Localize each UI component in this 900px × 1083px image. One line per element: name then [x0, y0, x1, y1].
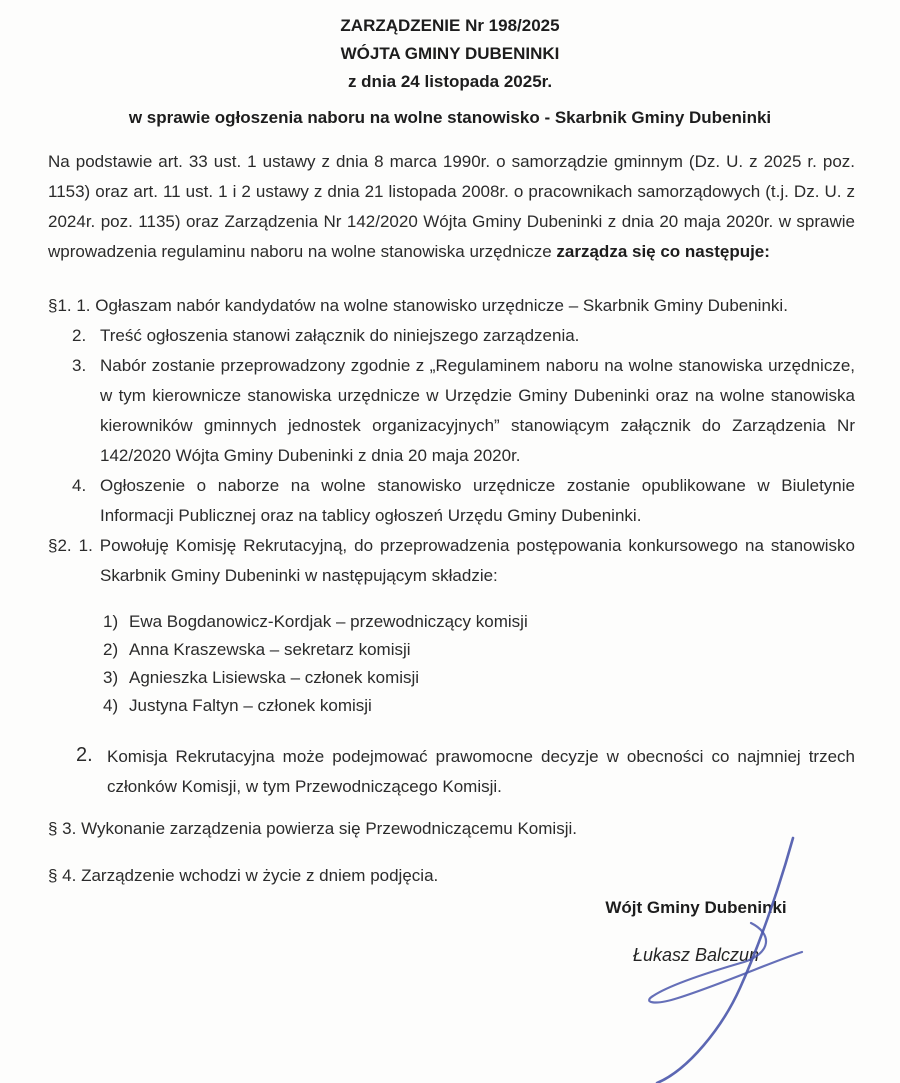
- section-1-item-4: 4. Ogłoszenie o naborze na wolne stanowi…: [48, 471, 855, 531]
- signatory-name: Łukasz Balczun: [520, 940, 872, 970]
- signatory-title: Wójt Gminy Dubeninki: [520, 893, 872, 923]
- item-number: 2.: [76, 740, 93, 770]
- issuing-authority: WÓJTA GMINY DUBENINKI: [0, 40, 900, 68]
- member-text: Anna Kraszewska – sekretarz komisji: [129, 640, 411, 659]
- section-4: § 4. Zarządzenie wchodzi w życie z dniem…: [48, 861, 855, 891]
- item-text: Treść ogłoszenia stanowi załącznik do ni…: [100, 326, 579, 345]
- committee-member: 2) Anna Kraszewska – sekretarz komisji: [48, 636, 855, 664]
- item-number: 4.: [72, 471, 86, 501]
- item-text: Ogłoszenie o naborze na wolne stanowisko…: [100, 476, 855, 525]
- item-number: 2.: [72, 321, 86, 351]
- ordinance-subject: w sprawie ogłoszenia naboru na wolne sta…: [0, 102, 900, 133]
- committee-member: 3) Agnieszka Lisiewska – członek komisji: [48, 664, 855, 692]
- section-1-item-3: 3. Nabór zostanie przeprowadzony zgodnie…: [48, 351, 855, 471]
- committee-member-list: 1) Ewa Bogdanowicz-Kordjak – przewodnicz…: [48, 608, 855, 720]
- member-text: Justyna Faltyn – członek komisji: [129, 696, 372, 715]
- member-number: 1): [103, 608, 118, 636]
- section-2-prefix: §2. 1.: [48, 536, 93, 555]
- member-text: Ewa Bogdanowicz-Kordjak – przewodniczący…: [129, 612, 528, 631]
- section-1-item-1-text: Ogłaszam nabór kandydatów na wolne stano…: [95, 296, 788, 315]
- member-text: Agnieszka Lisiewska – członek komisji: [129, 668, 419, 687]
- member-number: 2): [103, 636, 118, 664]
- section-3: § 3. Wykonanie zarządzenia powierza się …: [48, 814, 855, 844]
- preamble-enacting-clause: zarządza się co następuje:: [556, 242, 770, 261]
- section-1: §1. 1. Ogłaszam nabór kandydatów na woln…: [48, 291, 855, 531]
- section-1-item-1: §1. 1. Ogłaszam nabór kandydatów na woln…: [48, 291, 855, 321]
- member-number: 3): [103, 664, 118, 692]
- signature-block: Wójt Gminy Dubeninki Łukasz Balczun: [520, 893, 872, 970]
- legal-preamble: Na podstawie art. 33 ust. 1 ustawy z dni…: [48, 147, 855, 267]
- scanned-ordinance-document: ZARZĄDZENIE Nr 198/2025 WÓJTA GMINY DUBE…: [0, 0, 900, 1083]
- committee-member: 4) Justyna Faltyn – członek komisji: [48, 692, 855, 720]
- ordinance-date: z dnia 24 listopada 2025r.: [0, 68, 900, 96]
- section-2-intro: §2. 1. Powołuję Komisję Rekrutacyjną, do…: [48, 531, 855, 591]
- ordinance-number: ZARZĄDZENIE Nr 198/2025: [0, 12, 900, 40]
- committee-member: 1) Ewa Bogdanowicz-Kordjak – przewodnicz…: [48, 608, 855, 636]
- section-1-item-2: 2. Treść ogłoszenia stanowi załącznik do…: [48, 321, 855, 351]
- document-body: Na podstawie art. 33 ust. 1 ustawy z dni…: [48, 147, 855, 891]
- item-text: Nabór zostanie przeprowadzony zgodnie z …: [100, 356, 855, 465]
- section-2-intro-text: Powołuję Komisję Rekrutacyjną, do przepr…: [100, 536, 855, 585]
- section-1-item-1-prefix: §1. 1.: [48, 296, 91, 315]
- member-number: 4): [103, 692, 118, 720]
- section-2-item-2: 2. Komisja Rekrutacyjna może podejmować …: [48, 742, 855, 802]
- item-number: 3.: [72, 351, 86, 381]
- item-text: Komisja Rekrutacyjna może podejmować pra…: [107, 747, 855, 796]
- document-header: ZARZĄDZENIE Nr 198/2025 WÓJTA GMINY DUBE…: [0, 0, 900, 133]
